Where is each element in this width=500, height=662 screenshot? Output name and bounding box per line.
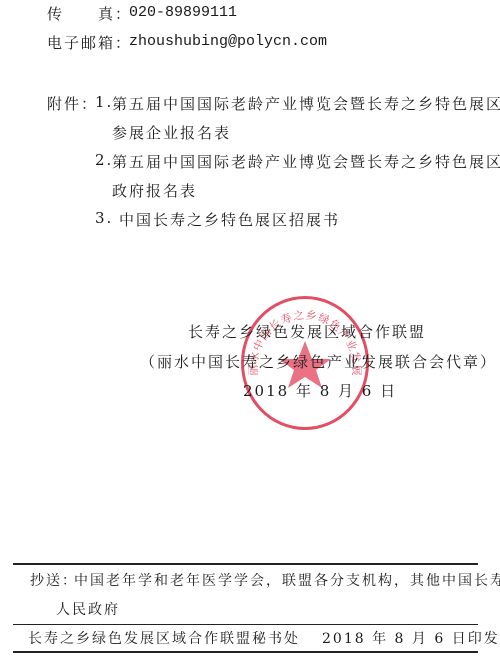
attachment-1-number: 1. [95,93,113,111]
attachment-2-title-cont: 政府报名表 [112,180,197,201]
signature-proxy-note: （丽水中国长寿之乡绿色产业发展联合会代章） [140,351,497,372]
fax-value: 020-89899111 [129,4,237,21]
footer-bottom-rule [13,651,478,653]
issuing-office: 长寿之乡绿色发展区域合作联盟秘书处 [28,628,300,648]
attachment-3-title: 中国长寿之乡特色展区招展书 [119,209,340,230]
signature-organization: 长寿之乡绿色发展区域合作联盟 [188,321,426,342]
attachment-3-number: 3. [95,209,113,227]
email-value: zhoushubing@polycn.com [129,33,327,50]
attachment-2-title: 第五届中国国际老龄产业博览会暨长寿之乡特色展区 [112,151,500,172]
attachment-2-number: 2. [95,151,113,169]
fax-label: 传 真： [47,3,132,24]
signature-date: 2018 年 8 月 6 日 [243,380,397,401]
cc-label: 抄送： [30,570,78,590]
cc-recipients-cont: 人民政府 [56,599,120,619]
footer-top-rule [13,563,478,565]
attachment-1-title: 第五届中国国际老龄产业博览会暨长寿之乡特色展区 [112,93,500,114]
footer-middle-rule [13,624,478,625]
cc-recipients: 中国老年学和老年医学学会，联盟各分支机构，其他中国长寿之乡 [74,570,500,590]
attachments-label: 附件： [47,93,98,114]
issue-date: 2018 年 8 月 6 日印发 [322,628,500,648]
email-label: 电子邮箱： [47,32,132,53]
attachment-1-title-cont: 参展企业报名表 [112,122,231,143]
